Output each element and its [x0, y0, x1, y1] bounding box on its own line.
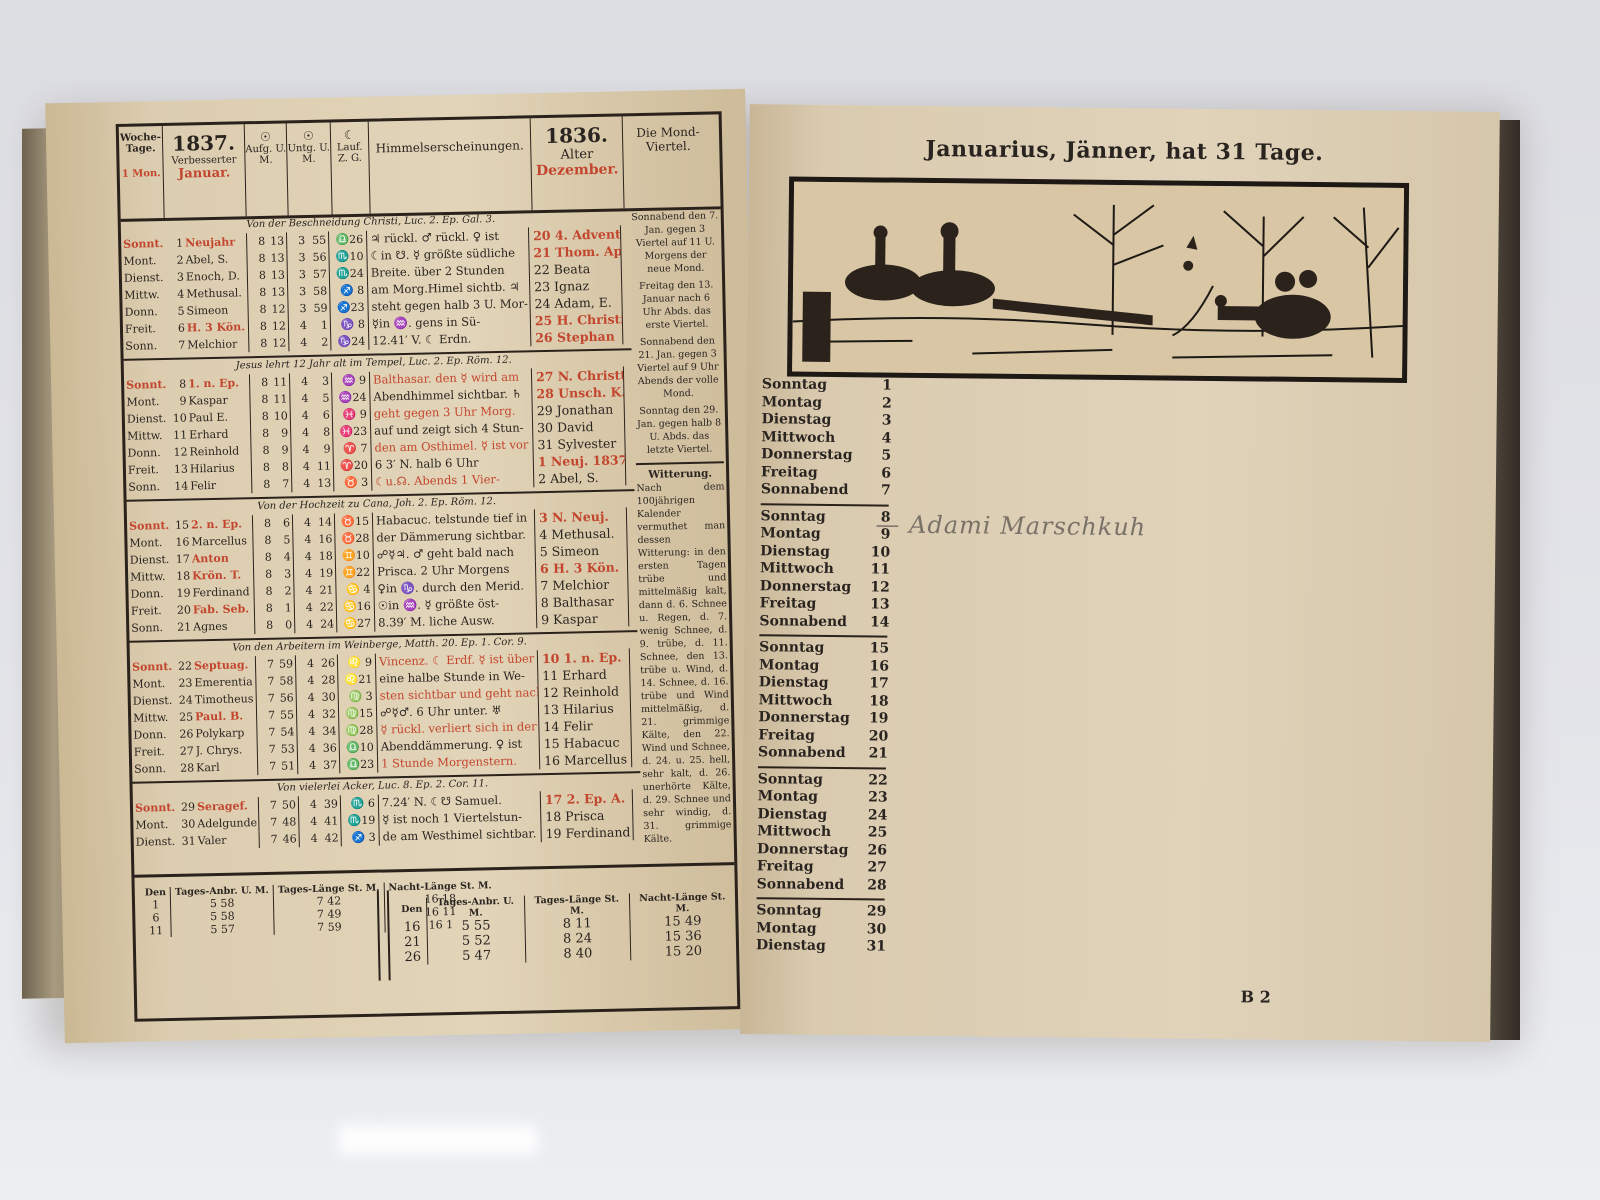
sunset-hour: 3	[287, 249, 305, 266]
saint-name: J. Chrys.	[196, 741, 258, 759]
moon-zodiac: ♊22	[336, 564, 374, 582]
old-calendar-day: 30 David	[533, 417, 625, 436]
weekday-name: Donnerstag	[760, 578, 852, 596]
month-title: Januarius, Jänner, hat 31 Tage.	[749, 134, 1499, 168]
table-cell: 11	[141, 924, 171, 938]
day-number: 6	[881, 465, 891, 483]
sunrise-minute: 9	[269, 441, 291, 458]
moon-zodiac: ♋16	[337, 598, 375, 616]
day-number: 19	[869, 710, 889, 728]
day-number: 23	[174, 674, 194, 691]
weekday-name: Dienstag	[760, 543, 830, 561]
day-row: Sonntag15	[759, 639, 889, 658]
day-number: 14	[870, 614, 890, 632]
weekday-name: Mittwoch	[761, 429, 835, 447]
saint-name: Adelgunde	[197, 814, 259, 832]
weekday-name: Freitag	[760, 595, 817, 613]
old-calendar-day: 5 Simeon	[536, 541, 628, 560]
moon-zodiac: ♒24	[332, 389, 370, 407]
day-number: 31	[178, 832, 198, 849]
day-row: Dienstag17	[759, 674, 889, 693]
week-divider	[761, 503, 889, 506]
day-row: Sonnabend7	[761, 481, 891, 500]
sunrise-hour: 8	[254, 566, 272, 583]
day-number: 28	[867, 877, 887, 895]
sunrise-hour: 8	[248, 284, 266, 301]
week-divider	[759, 634, 887, 637]
sunrise-minute: 7	[270, 475, 292, 492]
sunrise-minute: 8	[270, 458, 292, 475]
weekday: Mittw.	[122, 286, 166, 304]
day-number: 20	[173, 601, 193, 618]
saint-name: Reinhold	[189, 442, 251, 460]
day-number: 24	[175, 691, 195, 708]
sunrise-minute: 58	[274, 672, 296, 689]
weekday-name: Sonnabend	[759, 613, 847, 631]
light-reflection	[338, 1125, 538, 1155]
old-calendar-day: 18 Prisca	[541, 806, 633, 825]
saint-name: 2. n. Ep.	[191, 515, 253, 533]
sunrise-hour: 8	[252, 476, 270, 493]
day-number: 7	[881, 482, 891, 500]
day-number: 26	[175, 725, 195, 742]
woodcut-illustration	[787, 177, 1409, 383]
day-row: Donnerstag12	[760, 578, 890, 597]
header-old-calendar: 1836. Alter Dezember.	[531, 116, 625, 210]
handwritten-note: — Adami Marschkuh	[875, 510, 1146, 541]
sunrise-hour: 7	[257, 707, 275, 724]
sunrise-hour: 8	[251, 408, 269, 425]
saint-name: Kaspar	[188, 391, 250, 409]
sunset-hour: 4	[299, 813, 317, 830]
sunrise-hour: 7	[257, 690, 275, 707]
saint-name: Karl	[196, 758, 258, 776]
saint-name: Marcellus	[191, 532, 253, 550]
weekday-name: Freitag	[761, 464, 818, 482]
sunrise-hour: 8	[247, 250, 265, 267]
old-calendar-day: 7 Melchior	[536, 575, 628, 594]
sunrise-minute: 54	[275, 723, 297, 740]
sun-icon: ☉	[245, 129, 286, 144]
day-number: 4	[882, 430, 892, 448]
weekday-name: Dienstag	[759, 674, 829, 692]
sunset-minute: 18	[312, 547, 336, 564]
weather-forecast-text: Nach dem 100jährigen Kalender vermuthet …	[636, 480, 732, 846]
moon-zodiac: ♐ 3	[342, 829, 380, 847]
weekday: Sonnt.	[133, 799, 177, 817]
phenomena-text: 12.41′ V. ☾ Erdn.	[369, 329, 531, 349]
moon-zodiac: ♓ 9	[333, 406, 371, 424]
calendar-table-frame: Woche-Tage. 1 Mon. 1837. Verbesserter Ja…	[116, 111, 741, 1021]
old-calendar-day: 14 Felir	[539, 716, 631, 735]
moon-zodiac: ♐ 8	[330, 282, 368, 300]
saint-name: Valer	[198, 831, 260, 849]
weekday-name: Sonntag	[759, 639, 824, 657]
sunset-hour: 3	[287, 232, 305, 249]
day-number: 25	[175, 708, 195, 725]
lunar-phase-last-quarter: Sonntag den 29. Jan. gegen halb 8 U. Abd…	[635, 403, 724, 457]
saint-name: Seragef.	[197, 797, 259, 815]
day-number: 18	[172, 567, 192, 584]
day-number: 17	[172, 550, 192, 567]
weekday-name: Mittwoch	[757, 823, 831, 841]
weekday: Sonn.	[129, 619, 173, 637]
weekday: Dienst.	[122, 269, 166, 287]
sunrise-minute: 46	[278, 830, 300, 847]
header-phenomena: Himmelserscheinungen.	[369, 118, 533, 213]
header-year-1836: 1836.	[531, 122, 622, 148]
weekday: Freit.	[126, 461, 170, 479]
sunrise-minute: 11	[268, 390, 290, 407]
day-number: 2	[165, 252, 185, 269]
weekday: Sonn.	[123, 337, 167, 355]
day-number: 30	[867, 921, 887, 939]
sunset-hour: 4	[294, 565, 312, 582]
header-weekday-label: Woche-Tage.	[119, 132, 162, 155]
day-number: 10	[169, 409, 189, 426]
sunset-hour: 3	[288, 283, 306, 300]
sunset-minute: 1	[307, 317, 331, 334]
phenomena-text: ☾u.☊. Abends 1 Vier-	[372, 470, 534, 490]
day-number: 11	[870, 561, 890, 579]
header-moon: ☾ Lauf. Z. G.	[331, 122, 371, 215]
sunset-minute: 16	[311, 530, 335, 547]
header-weekday-sub: 1 Mon.	[120, 168, 163, 180]
sunset-hour: 4	[290, 373, 308, 390]
table-cell: 8 40	[525, 945, 630, 962]
old-calendar-day: 17 2. Ep. A.	[541, 789, 633, 808]
weekday-name: Mittwoch	[759, 692, 833, 710]
sunset-hour: 4	[296, 655, 314, 672]
saint-name: Abel, S.	[185, 250, 247, 268]
old-calendar-day: 3 N. Neuj.	[535, 507, 627, 526]
sunset-hour: 4	[289, 334, 307, 351]
day-row: Sonntag8	[760, 508, 890, 527]
weekday: Sonnt.	[130, 658, 174, 676]
calendar-header: Woche-Tage. 1 Mon. 1837. Verbesserter Ja…	[119, 114, 721, 222]
sunrise-minute: 51	[276, 757, 298, 774]
sunrise-hour: 8	[252, 459, 270, 476]
day-row: Sonntag22	[758, 771, 888, 790]
sunset-minute: 24	[313, 615, 337, 632]
sunrise-hour: 7	[256, 673, 274, 690]
weekday-name: Montag	[756, 920, 817, 938]
phenomena-text: 1 Stunde Morgenstern.	[378, 752, 540, 772]
weekday: Sonnt.	[124, 376, 168, 394]
old-calendar-day: 27 N. Christt.	[532, 366, 624, 385]
weekday-name: Mittwoch	[760, 560, 834, 578]
sunset-hour: 4	[291, 441, 309, 458]
sunset-minute: 57	[306, 266, 330, 283]
day-number: 30	[177, 815, 197, 832]
weekday-name: Donnerstag	[761, 446, 853, 464]
sunrise-hour: 8	[249, 335, 267, 352]
table-cell: 5 47	[428, 948, 526, 965]
table-divider	[377, 890, 391, 980]
old-calendar-day: 1 Neuj. 1837.	[534, 451, 626, 470]
sunset-minute: 28	[314, 671, 338, 688]
day-number: 25	[868, 824, 888, 842]
old-calendar-day: 24 Adam, E.	[530, 293, 622, 312]
week-divider	[758, 766, 886, 769]
header-lunar-phases: Die Mond-Viertel.	[623, 114, 715, 208]
saint-name: Polykarp	[195, 724, 257, 742]
weekday: Sonnt.	[121, 235, 165, 253]
saint-name: Fab. Seb.	[193, 600, 255, 618]
day-row: Freitag20	[758, 727, 888, 746]
sunset-minute: 32	[315, 705, 339, 722]
day-number: 24	[868, 807, 888, 825]
sunset-minute: 22	[313, 598, 337, 615]
day-row: Dienstag10	[760, 543, 890, 562]
day-number: 6	[167, 320, 187, 337]
saint-name: H. 3 Kön.	[187, 318, 249, 336]
header-sunrise-label: Aufg. U. M.	[245, 143, 286, 166]
sunset-hour: 4	[297, 706, 315, 723]
sunrise-minute: 55	[275, 706, 297, 723]
header-month-januar: Januar.	[164, 165, 245, 182]
sunset-minute: 14	[311, 513, 335, 530]
day-row: Freitag6	[761, 464, 891, 483]
table-header: Tages-Anbr. U. M.	[427, 896, 525, 920]
weekday-name: Sonnabend	[761, 481, 849, 499]
day-number: 13	[170, 460, 190, 477]
weekday-name: Dienstag	[757, 806, 827, 824]
sunset-minute: 36	[316, 739, 340, 756]
day-row: Donnerstag5	[761, 446, 891, 465]
day-number: 10	[871, 544, 891, 562]
old-calendar-day: 21 Thom. Ap.	[529, 242, 621, 261]
sunrise-hour: 8	[247, 233, 265, 250]
day-row: Sonntag1	[762, 376, 892, 395]
sunrise-hour: 7	[258, 758, 276, 775]
weekday: Sonn.	[132, 760, 176, 778]
day-row: Montag23	[758, 788, 888, 807]
old-calendar-day: 10 1. n. Ep.	[538, 648, 630, 667]
day-number: 12	[870, 579, 890, 597]
day-row: Sonnabend21	[758, 744, 888, 763]
day-number: 12	[169, 443, 189, 460]
sunrise-hour: 8	[248, 301, 266, 318]
sunset-minute: 5	[308, 389, 332, 406]
sunset-hour: 4	[293, 531, 311, 548]
saint-name: Simeon	[186, 301, 248, 319]
day-number: 11	[169, 426, 189, 443]
weekday: Dienst.	[131, 692, 175, 710]
sunset-minute: 59	[306, 300, 330, 317]
weekday-name: Dienstag	[756, 937, 826, 955]
day-row: Dienstag31	[756, 937, 886, 956]
sunset-hour: 4	[293, 514, 311, 531]
table-cell: 1	[141, 898, 171, 912]
sunrise-minute: 59	[274, 655, 296, 672]
day-number: 21	[869, 745, 889, 763]
day-number: 3	[882, 412, 892, 430]
moon-zodiac: ♎26	[329, 231, 367, 249]
sunrise-hour: 8	[254, 583, 272, 600]
sunset-hour: 4	[299, 796, 317, 813]
weekday-name: Sonntag	[762, 376, 827, 394]
moon-zodiac: ♐23	[330, 299, 368, 317]
day-row: Montag30	[756, 920, 886, 939]
moon-zodiac: ♒ 9	[332, 372, 370, 390]
day-number: 20	[869, 728, 889, 746]
saint-name: Neujahr	[185, 233, 247, 251]
sunset-hour: 4	[292, 458, 310, 475]
signature-mark: B 2	[1240, 987, 1270, 1006]
day-row: Mittwoch11	[760, 560, 890, 579]
lunar-phase-new-moon: Sonnabend den 7. Jan. gegen 3 Viertel au…	[631, 209, 720, 276]
header-sunrise: ☉ Aufg. U. M.	[245, 123, 289, 216]
table-cell: 5 57	[171, 922, 274, 937]
day-number: 15	[870, 640, 890, 658]
moon-zodiac: ♈20	[334, 457, 372, 475]
sunset-minute: 26	[314, 654, 338, 671]
sunrise-minute: 6	[271, 514, 293, 531]
old-calendar-day: 12 Reinhold	[539, 682, 631, 701]
sunrise-minute: 5	[271, 531, 293, 548]
day-row: Dienstag3	[761, 411, 891, 430]
sunrise-hour: 8	[250, 374, 268, 391]
sunset-minute: 37	[316, 756, 340, 773]
day-number: 13	[870, 596, 890, 614]
day-number: 27	[176, 742, 196, 759]
moon-zodiac: ♈ 7	[333, 440, 371, 458]
day-number: 1	[165, 235, 185, 252]
sunrise-hour: 8	[255, 600, 273, 617]
weekday: Donn.	[128, 585, 172, 603]
saint-name: Septuag.	[194, 656, 256, 674]
weekday: Freit.	[132, 743, 176, 761]
weekday: Mont.	[124, 393, 168, 411]
weekday-name: Montag	[760, 525, 821, 543]
weekday: Donn.	[131, 726, 175, 744]
saint-name: Ferdinand	[192, 583, 254, 601]
table-cell: 15 20	[630, 943, 736, 960]
sunrise-hour: 7	[259, 797, 277, 814]
sunset-hour: 4	[298, 740, 316, 757]
day-row: Sonnabend28	[757, 876, 887, 895]
day-number: 22	[868, 772, 888, 790]
table-header: Den	[141, 887, 171, 899]
old-calendar-day: 31 Sylvester	[533, 434, 625, 453]
sunrise-hour: 7	[258, 741, 276, 758]
old-calendar-day: 16 Marcellus	[540, 750, 632, 769]
day-row: Montag2	[762, 394, 892, 413]
day-number: 9	[168, 392, 188, 409]
sunrise-hour: 7	[257, 724, 275, 741]
daylight-table-2: DenTages-Anbr. U. M.Tages-Länge St. M.Na…	[397, 891, 736, 965]
daylight-tables: DenTages-Anbr. U. M.Tages-Länge St. M.Na…	[134, 862, 737, 1020]
weekday-name: Sonntag	[760, 508, 825, 526]
moon-zodiac: ♉ 3	[334, 474, 372, 492]
day-number: 18	[869, 693, 889, 711]
saint-name: Paul. B.	[195, 707, 257, 725]
saint-name: Erhard	[189, 425, 251, 443]
moon-zodiac: ♏24	[330, 265, 368, 283]
old-calendar-day: 13 Hilarius	[539, 699, 631, 718]
weekday-name: Sonnabend	[758, 744, 846, 762]
sunrise-minute: 11	[268, 373, 290, 390]
header-calendar-label: Verbesserter	[163, 154, 244, 167]
sunrise-minute: 3	[272, 565, 294, 582]
sunset-minute: 56	[305, 249, 329, 266]
day-number: 28	[176, 759, 196, 776]
sunset-minute: 55	[305, 232, 329, 249]
sunset-hour: 3	[288, 266, 306, 283]
moon-zodiac: ♎23	[340, 756, 378, 774]
right-page: Januarius, Jänner, hat 31 Tage.	[740, 104, 1500, 1042]
moon-zodiac: ♌21	[338, 671, 376, 689]
weekday-name: Montag	[762, 394, 823, 412]
sunrise-minute: 2	[272, 582, 294, 599]
sunset-hour: 4	[289, 317, 307, 334]
day-row: Freitag13	[760, 595, 890, 614]
weekday: Mittw.	[128, 568, 172, 586]
sunrise-hour: 8	[248, 267, 266, 284]
sunset-hour: 4	[291, 424, 309, 441]
table-header: Nacht-Länge St. M.	[629, 891, 735, 915]
weekday: Mont.	[127, 534, 171, 552]
old-calendar-day: 6 H. 3 Kön.	[536, 558, 628, 577]
day-row: Dienstag24	[757, 806, 887, 825]
moon-zodiac: ♌ 9	[338, 654, 376, 672]
weekday: Mittw.	[125, 427, 169, 445]
old-calendar-day: 20 4. Advent	[529, 225, 621, 244]
table-cell: 21	[398, 935, 428, 951]
sunrise-hour: 8	[254, 549, 272, 566]
sunrise-minute: 1	[273, 599, 295, 616]
sunset-minute: 3	[308, 372, 332, 389]
weekday-name: Dienstag	[761, 411, 831, 429]
header-moon-label: Lauf. Z. G.	[331, 142, 368, 165]
weekday: Donn.	[125, 444, 169, 462]
sunrise-hour: 8	[251, 442, 269, 459]
moon-zodiac: ♏ 6	[341, 795, 379, 813]
moon-zodiac: ♏19	[341, 812, 379, 830]
header-weekday: Woche-Tage. 1 Mon.	[119, 126, 165, 219]
day-number: 29	[867, 903, 887, 921]
moon-zodiac: ♋27	[337, 615, 375, 633]
day-number: 4	[166, 286, 186, 303]
weekday: Donn.	[122, 303, 166, 321]
day-number: 8	[168, 376, 188, 393]
sunset-minute: 30	[315, 688, 339, 705]
sunrise-minute: 13	[265, 249, 287, 266]
saint-name: Felir	[190, 476, 252, 494]
day-row: Sonnabend14	[759, 613, 889, 632]
sunrise-minute: 50	[277, 796, 299, 813]
sunset-minute: 41	[317, 812, 341, 829]
header-year-1837: 1837.	[163, 130, 244, 156]
day-number: 21	[173, 618, 193, 635]
moon-zodiac: ♑ 8	[331, 316, 369, 334]
day-number: 3	[166, 269, 186, 286]
sunset-minute: 39	[317, 795, 341, 812]
sunrise-minute: 13	[266, 266, 288, 283]
sunrise-hour: 8	[253, 532, 271, 549]
phenomena-text: 8.39′ M. liche Ausw.	[375, 611, 537, 631]
sunrise-minute: 0	[273, 616, 295, 633]
old-calendar-day: 19 Ferdinand	[541, 823, 633, 842]
old-calendar-day: 11 Erhard	[538, 665, 630, 684]
weekday: Dienst.	[128, 551, 172, 569]
old-calendar-day: 15 Habacuc	[540, 733, 632, 752]
table-header: Tages-Länge St. M.	[524, 893, 629, 917]
saint-name: Methusal.	[186, 284, 248, 302]
weekday-name: Sonnabend	[757, 876, 845, 894]
sunrise-minute: 12	[267, 334, 289, 351]
